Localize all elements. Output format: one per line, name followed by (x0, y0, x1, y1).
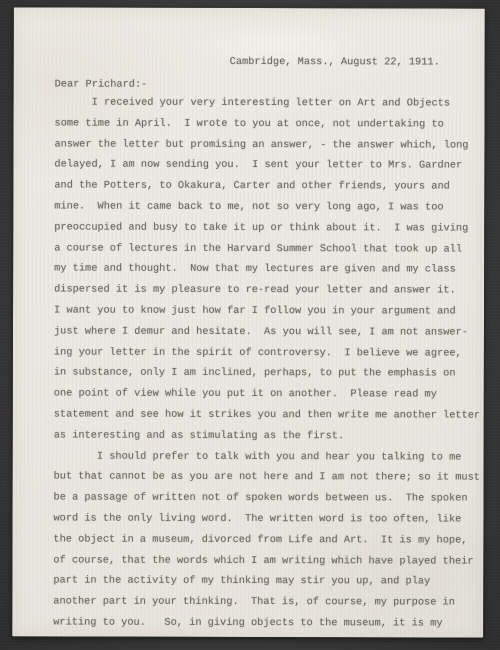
letter-line: delayed, I am now sending you. I sent yo… (54, 155, 476, 177)
letter-line: some time in April. I wrote to you at on… (54, 113, 476, 135)
letter-line: word is the only living word. The writte… (53, 508, 475, 530)
letter-line: and the Potters, to Okakura, Carter and … (54, 176, 476, 198)
letter-line: my time and thought. Now that my lecture… (54, 259, 476, 281)
letter-paper: Cambridge, Mass., August 22, 1911. Dear … (12, 7, 485, 637)
letter-line: writing to you. So, in giving objects to… (53, 612, 475, 634)
letter-line: but that cannot be as you are not here a… (54, 467, 476, 489)
letter-line: of course, that the words which I am wri… (53, 550, 475, 572)
letter-line: be a passage of written not of spoken wo… (54, 488, 476, 510)
letter-line: another part in your thinking. That is, … (53, 592, 475, 614)
photo-background: Cambridge, Mass., August 22, 1911. Dear … (0, 0, 500, 650)
letter-line: just where I demur and hesitate. As you … (54, 321, 476, 343)
letter-body: I received your very interesting letter … (53, 92, 476, 634)
letter-line: as interesting and as stimulating as the… (54, 425, 476, 447)
letter-line: ing your letter in the spirit of controv… (54, 342, 476, 364)
letter-line: mine. When it came back to me, not so ve… (54, 196, 476, 218)
letter-line: the object in a museum, divorced from Li… (53, 529, 475, 551)
paragraph: I received your very interesting letter … (54, 92, 477, 447)
dateline: Cambridge, Mass., August 22, 1911. (230, 52, 440, 73)
letter-line: a course of lectures in the Harvard Summ… (54, 238, 476, 260)
letter-line: answer the letter but promising an answe… (54, 134, 476, 156)
letter-line: dispersed it is my pleasure to re-read y… (54, 280, 476, 302)
letter-line: I want you to know just how far I follow… (54, 300, 476, 322)
letter-line: one point of view while you put it on an… (54, 384, 476, 406)
letter-line: preoccupied and busy to take it up or th… (54, 217, 476, 239)
letter-line: in substance, only I am inclined, perhap… (54, 363, 476, 385)
paragraph: I should prefer to talk with you and hea… (53, 446, 475, 634)
letter-line: I should prefer to talk with you and hea… (54, 446, 476, 468)
letter-line: statement and see how it strikes you and… (54, 404, 476, 426)
letter-line: I received your very interesting letter … (55, 92, 477, 114)
letter-line: part in the activity of my thinking may … (53, 571, 475, 593)
